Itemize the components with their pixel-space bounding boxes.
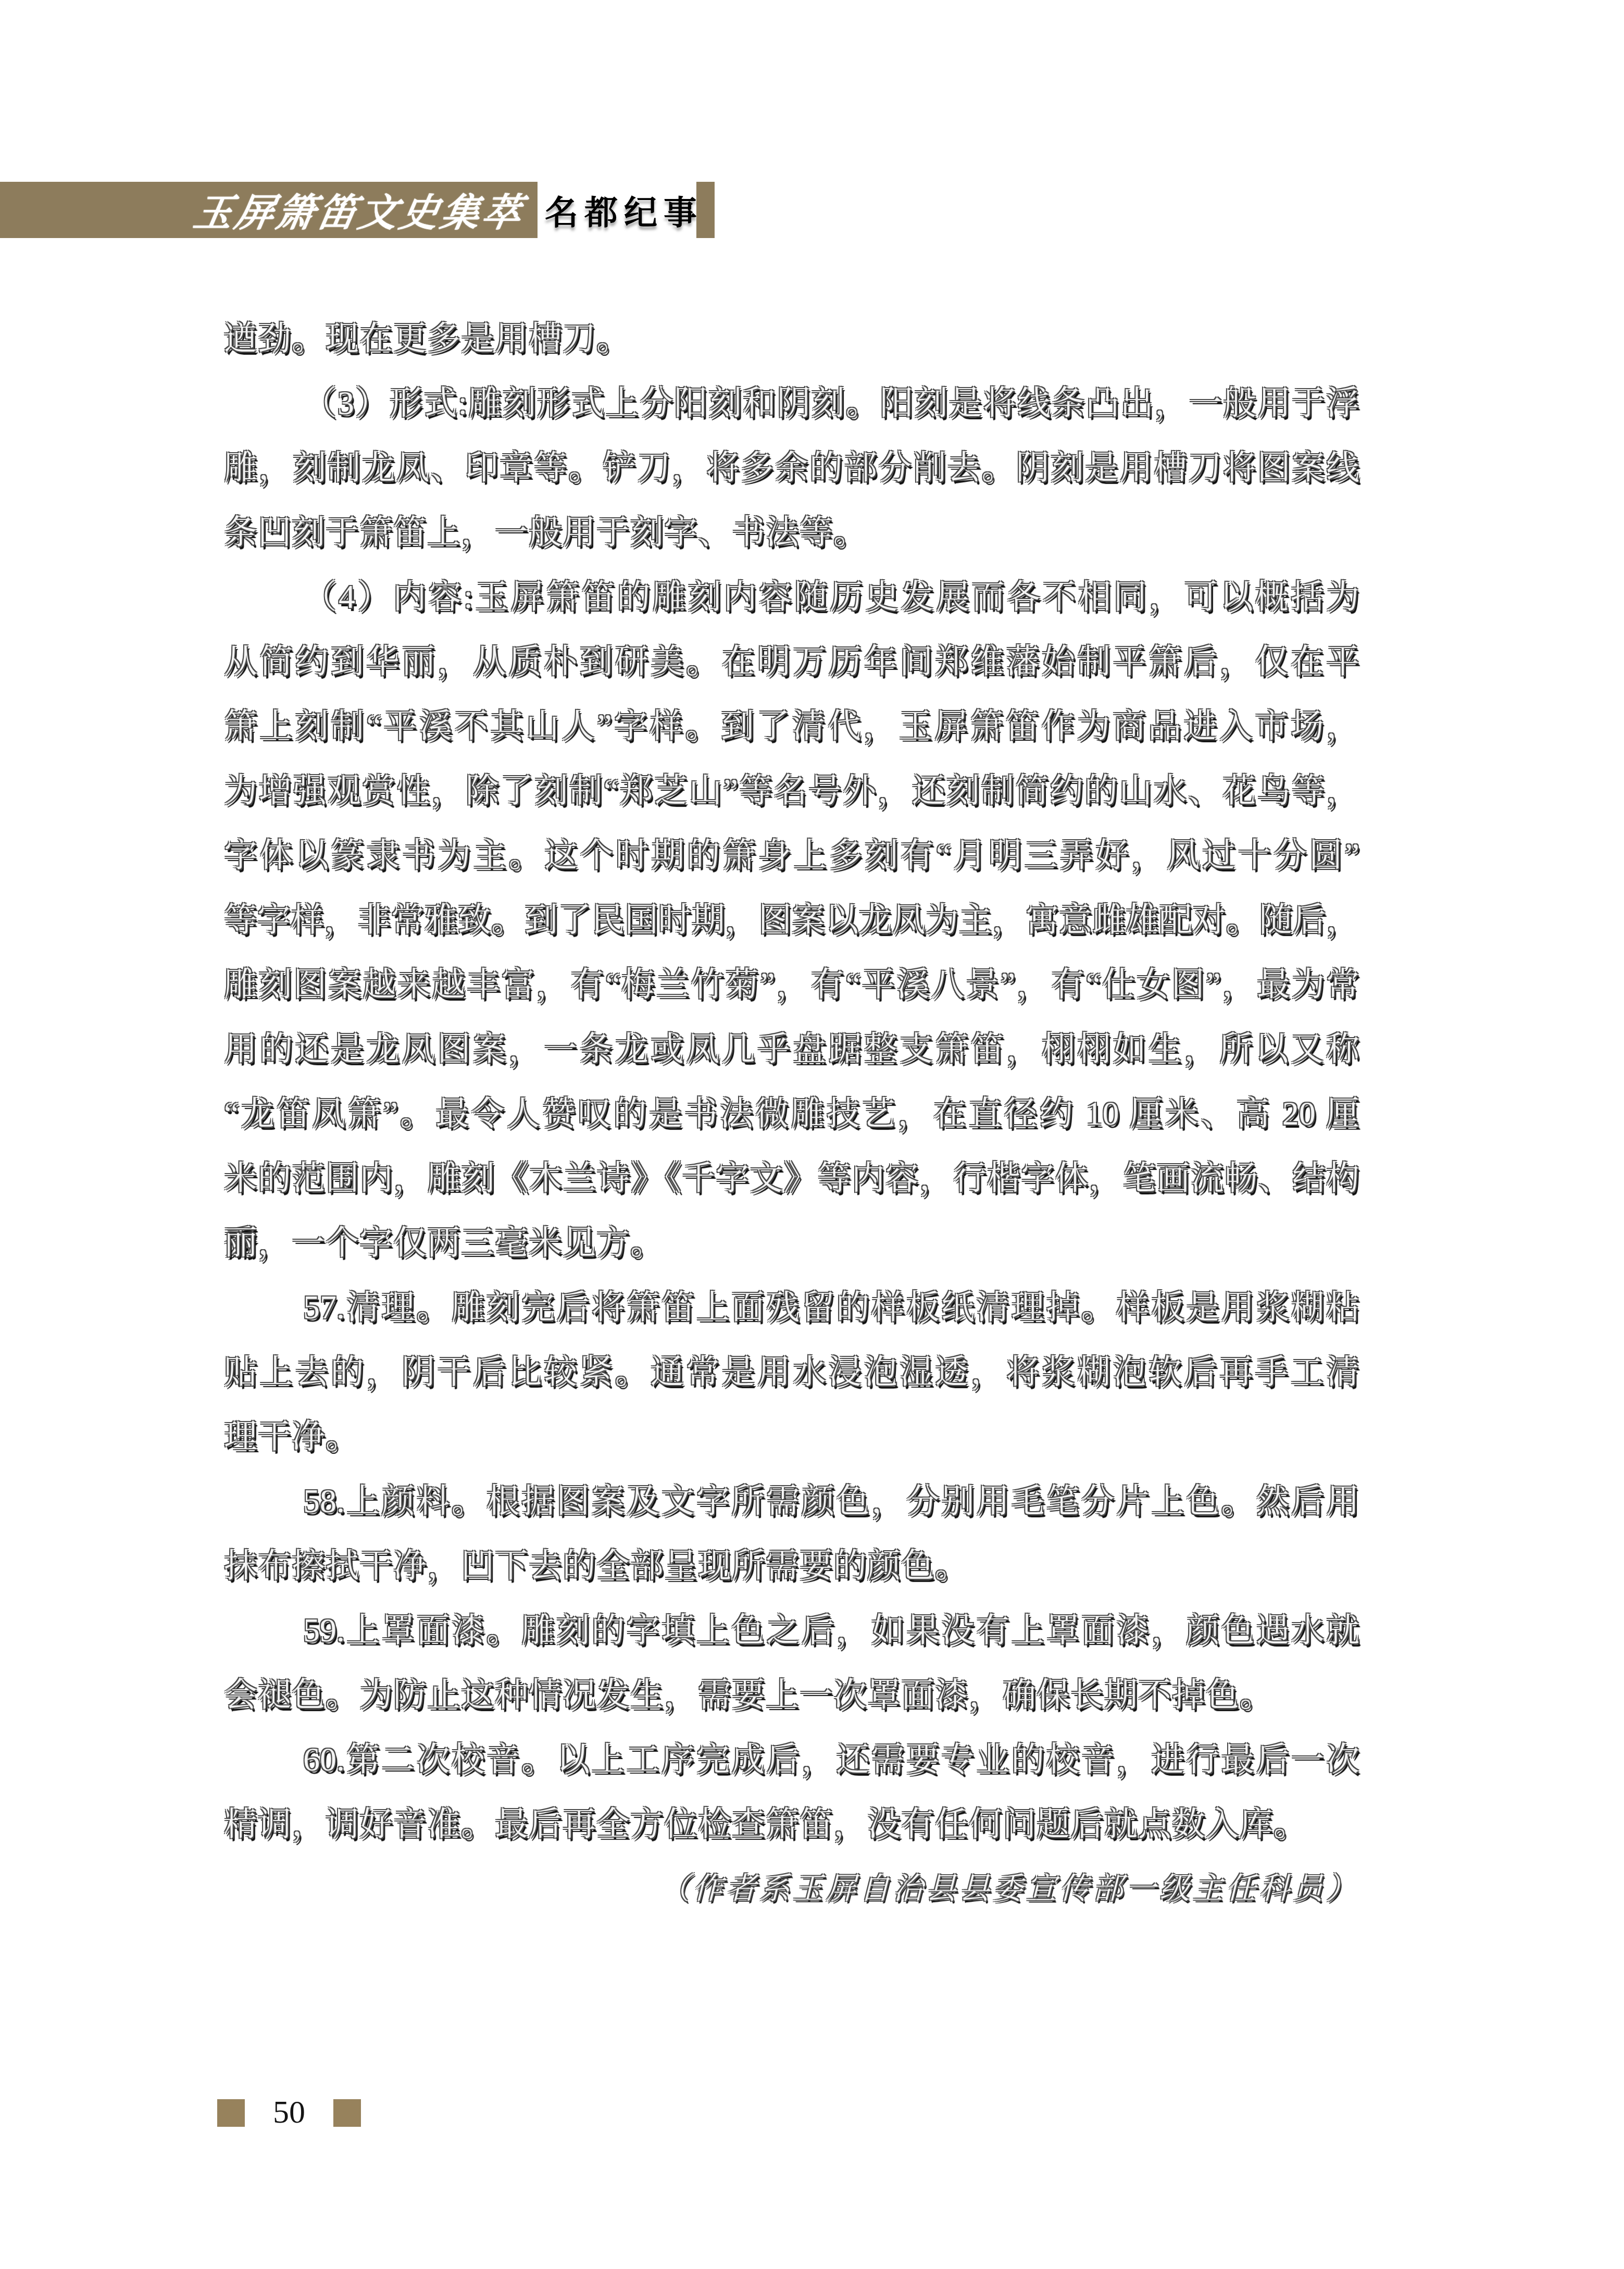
body-text: 遒劲。现在更多是用槽刀。（3）形式:雕刻形式上分阳刻和阴刻。阳刻是将线条凸出，一… (224, 306, 1359, 1921)
body-line: 用的还是龙凤图案，一条龙或凤几乎盘踞整支箫笛，栩栩如生，所以又称 (224, 1017, 1359, 1081)
author-attribution: （作者系玉屏自治县县委宣传部一级主任科员） (224, 1856, 1359, 1921)
footer-right-square (333, 2099, 361, 2127)
body-line: 丽，一个字仅两三毫米见方。 (224, 1211, 1359, 1275)
body-line: 雕刻图案越来越丰富，有“梅兰竹菊”，有“平溪八景”，有“仕女图”，最为常 (224, 952, 1359, 1017)
book-page: 玉屏箫笛文史集萃 名都纪事 遒劲。现在更多是用槽刀。（3）形式:雕刻形式上分阳刻… (0, 0, 1624, 2269)
body-line: 59.上罩面漆。雕刻的字填上色之后，如果没有上罩面漆，颜色遇水就 (224, 1598, 1359, 1663)
body-line: （4）内容:玉屏箫笛的雕刻内容随历史发展而各不相同，可以概括为 (224, 565, 1359, 629)
body-line: （3）形式:雕刻形式上分阳刻和阴刻。阳刻是将线条凸出，一般用于浮 (224, 371, 1359, 435)
body-line: 雕，刻制龙凤、印章等。铲刀，将多余的部分削去。阴刻是用槽刀将图案线 (224, 435, 1359, 500)
body-line: 箫上刻制“平溪不其山人”字样。到了清代，玉屏箫笛作为商品进入市场， (224, 694, 1359, 758)
body-line: 等字样，非常雅致。到了民国时期，图案以龙凤为主，寓意雌雄配对。随后， (224, 888, 1359, 952)
body-line: 贴上去的，阴干后比较紧。通常是用水浸泡湿透，将浆糊泡软后再手工清 (224, 1340, 1359, 1404)
body-line: 抹布擦拭干净，凹下去的全部呈现所需要的颜色。 (224, 1534, 1359, 1598)
header-banner-band: 玉屏箫笛文史集萃 (0, 182, 538, 238)
banner-calligraphy-title: 玉屏箫笛文史集萃 (190, 182, 529, 238)
body-line: “龙笛凤箫”。最令人赞叹的是书法微雕技艺，在直径约 10 厘米、高 20 厘 (224, 1081, 1359, 1146)
footer-left-square (217, 2099, 245, 2127)
body-line: 57.清理。雕刻完后将箫笛上面残留的样板纸清理掉。样板是用浆糊粘 (224, 1275, 1359, 1340)
body-line: 字体以篆隶书为主。这个时期的箫身上多刻有“月明三弄好，风过十分圆” (224, 823, 1359, 888)
body-line: 从简约到华丽，从质朴到研美。在明万历年间郑维藩始制平箫后，仅在平 (224, 629, 1359, 694)
body-line: 米的范围内，雕刻《木兰诗》《千字文》等内容，行楷字体，笔画流畅、结构秀 (224, 1146, 1359, 1211)
body-line: 精调，调好音准。最后再全方位检查箫笛，没有任何问题后就点数入库。 (224, 1792, 1359, 1856)
section-title: 名都纪事 (545, 182, 703, 238)
body-line: 60.第二次校音。以上工序完成后，还需要专业的校音，进行最后一次 (224, 1727, 1359, 1792)
page-number: 50 (245, 2094, 333, 2130)
body-line: 条凹刻于箫笛上，一般用于刻字、书法等。 (224, 500, 1359, 565)
body-line: 理干净。 (224, 1404, 1359, 1469)
body-line: 遒劲。现在更多是用槽刀。 (224, 306, 1359, 371)
body-line: 58.上颜料。根据图案及文字所需颜色，分别用毛笔分片上色。然后用 (224, 1469, 1359, 1534)
body-line: 会褪色。为防止这种情况发生，需要上一次罩面漆，确保长期不掉色。 (224, 1663, 1359, 1727)
body-line: 为增强观赏性，除了刻制“郑芝山”等名号外，还刻制简约的山水、花鸟等， (224, 758, 1359, 823)
header-accent-bar (696, 182, 715, 238)
